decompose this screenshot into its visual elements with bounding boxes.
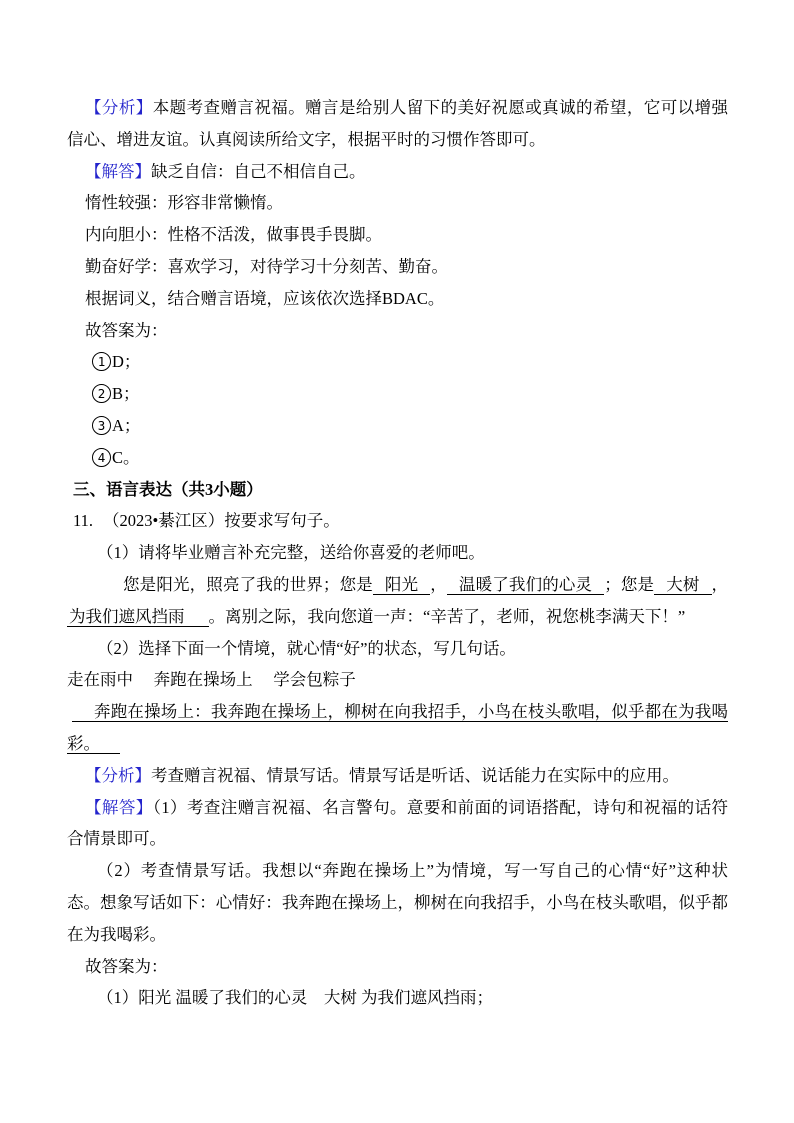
q11-analysis-text: 考查赠言祝福、情景写话。情景写话是听话、说话能力在实际中的应用。 — [151, 766, 679, 785]
circled-number: 2 — [92, 384, 111, 403]
circled-number: 4 — [92, 448, 111, 467]
q11-explain-text-1: （1）考查注赠言祝福、名言警句。意要和前面的词语搭配，诗句和祝福的话符合情景即可… — [67, 798, 728, 849]
sentence-end: 。离别之际，我向您道一声：“辛苦了，老师，祝您桃李满天下！” — [209, 607, 686, 626]
underlined-answer: 奔跑在操场上：我奔跑在操场上，柳树在向我招手，小鸟在枝头歌唱，似乎都在为我喝彩。 — [67, 702, 728, 754]
q10-definition-line: 内向胆小：性格不活泼，做事畏手畏脚。 — [67, 219, 728, 251]
q10-explain-paragraph: 【解答】缺乏自信：自己不相信自己。 — [67, 156, 728, 188]
q11-explain-paragraph-1: 【解答】（1）考查注赠言祝福、名言警句。意要和前面的词语搭配，诗句和祝福的话符合… — [67, 792, 728, 856]
q11-part1-prompt: （1）请将毕业赠言补充完整，送给你喜爱的老师吧。 — [67, 537, 728, 569]
comma: ， — [430, 575, 447, 594]
sentence-start: 您是阳光，照亮了我的世界；您是 — [123, 575, 373, 594]
q10-conclusion-line: 根据词义，结合赠言语境，应该依次选择BDAC。 — [67, 283, 728, 315]
q10-analysis-paragraph: 【分析】本题考查赠言祝福。赠言是给别人留下的美好祝愿或真诚的希望，它可以增强信心… — [67, 92, 728, 156]
explain-label: 【解答】 — [85, 162, 151, 181]
answer-letter: C。 — [112, 448, 140, 467]
q10-answer-item: 4C。 — [67, 442, 728, 474]
q11-analysis-paragraph: 【分析】考查赠言祝福、情景写话。情景写话是听话、说话能力在实际中的应用。 — [67, 760, 728, 792]
q11-part2-student-answer: 奔跑在操场上：我奔跑在操场上，柳树在向我招手，小鸟在枝头歌唱，似乎都在为我喝彩。 — [67, 696, 728, 760]
fill-blank-4: 为我们遮风挡雨 — [67, 607, 209, 627]
q10-definition-line: 惰性较强：形容非常懒惰。 — [67, 187, 728, 219]
answer-letter: A； — [112, 416, 140, 435]
section-heading: 三、语言表达（共3小题） — [67, 474, 728, 506]
fill-blank-2: 温暖了我们的心灵 — [447, 575, 604, 595]
document-page: 【分析】本题考查赠言祝福。赠言是给别人留下的美好祝愿或真诚的希望，它可以增强信心… — [0, 0, 794, 1123]
analysis-label: 【分析】 — [85, 766, 151, 785]
q11-part2-options: 走在雨中 奔跑在操场上 学会包粽子 — [67, 664, 728, 696]
sentence-mid: ；您是 — [604, 575, 654, 594]
explain-label: 【解答】 — [85, 798, 153, 817]
fill-blank-3: 大树 — [654, 575, 711, 595]
question-11-title-line: 11.（2023•綦江区）按要求写句子。 — [67, 505, 728, 537]
q10-answer-item: 2B； — [67, 378, 728, 410]
question-source-title: （2023•綦江区）按要求写句子。 — [103, 511, 340, 530]
q11-explain-paragraph-2: （2）考查情景写话。我想以“奔跑在操场上”为情境，写一写自己的心情“好”这种状态… — [67, 855, 728, 950]
q11-part1-sentence: 您是阳光，照亮了我的世界；您是阳光，温暖了我们的心灵；您是大树，为我们遮风挡雨。… — [67, 569, 728, 633]
circled-number: 1 — [92, 352, 111, 371]
q11-answer-intro: 故答案为： — [67, 951, 728, 983]
q11-final-answer-line: （1）阳光 温暖了我们的心灵 大树 为我们遮风挡雨； — [67, 982, 728, 1014]
fill-blank-1: 阳光 — [373, 575, 430, 595]
q10-answer-item: 1D； — [67, 346, 728, 378]
answer-letter: D； — [112, 352, 140, 371]
answer-letter: B； — [112, 384, 140, 403]
question-number: 11. — [73, 511, 93, 530]
q10-explain-text: 缺乏自信：自己不相信自己。 — [151, 162, 366, 181]
q10-answer-item: 3A； — [67, 410, 728, 442]
comma: ， — [712, 575, 729, 594]
analysis-label: 【分析】 — [85, 98, 153, 117]
circled-number: 3 — [92, 416, 111, 435]
q10-definition-line: 勤奋好学：喜欢学习，对待学习十分刻苦、勤奋。 — [67, 251, 728, 283]
q11-part2-prompt: （2）选择下面一个情境，就心情“好”的状态，写几句话。 — [67, 633, 728, 665]
q10-answer-intro: 故答案为： — [67, 315, 728, 347]
q10-analysis-text: 本题考查赠言祝福。赠言是给别人留下的美好祝愿或真诚的希望，它可以增强信心、增进友… — [67, 98, 728, 149]
